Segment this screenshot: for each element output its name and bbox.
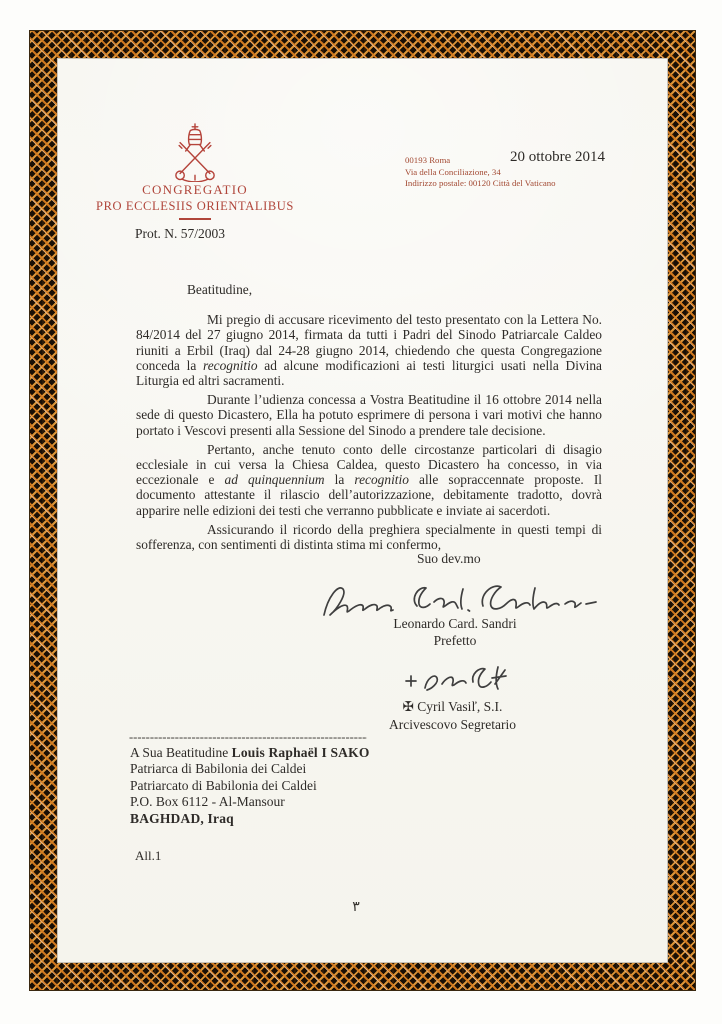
enclosure-note: All.1 [135,848,161,864]
scanned-letter-page: CONGREGATIO PRO ECCLESIIS ORIENTALIBUS 0… [0,0,722,1024]
address-line-2: Via della Conciliazione, 34 [405,167,556,179]
page-number: ٣ [330,899,382,915]
body-paragraph-4: Assicurando il ricordo della preghiera s… [136,522,602,552]
body-paragraph-2: Durante l’udienza concessa a Vostra Beat… [136,392,602,438]
recipient-city: BAGHDAD, Iraq [130,811,234,826]
recipient-line-2: Patriarca di Babilonia dei Caldei [130,761,370,777]
recipient-line-5: BAGHDAD, Iraq [130,811,370,827]
congregation-name-line1: CONGREGATIO [75,182,315,198]
salutation: Beatitudine, [187,282,602,297]
body-paragraph-3: Pertanto, anche tenuto conto delle circo… [136,442,602,518]
protocol-number: Prot. N. 57/2003 [135,226,225,242]
paragraph-3-italic-1: ad quinquennium [225,472,325,487]
paragraph-3-text-mid: la [325,472,355,487]
signature-2-block: ✠ Cyril Vasiľ, S.I. Arcivescovo Segretar… [325,698,580,733]
paragraph-1-italic: recognitio [203,358,258,373]
recipient-salutation-prefix: A Sua Beatitudine [130,745,232,760]
body-paragraph-1: Mi pregio di accusare ricevimento del te… [136,312,602,388]
letterhead-rule [179,218,211,220]
recipient-name-line: A Sua Beatitudine Louis Raphaël I SAKO [130,745,370,761]
vatican-emblem-icon [167,122,223,182]
congregation-name-line2: PRO ECCLESIIS ORIENTALIBUS [75,199,315,214]
signature-1-printed-name: Leonardo Card. Sandri [330,615,580,632]
recipient-name: Louis Raphaël I SAKO [232,745,370,760]
signature-1-block: Leonardo Card. Sandri Prefetto [330,615,580,649]
congregation-name: CONGREGATIO PRO ECCLESIIS ORIENTALIBUS [75,182,315,220]
letter-body: Beatitudine, Mi pregio di accusare ricev… [136,282,602,552]
closing-formula: Suo dev.mo [417,551,481,567]
address-line-3: Indirizzo postale: 00120 Città del Vatic… [405,178,556,190]
vasil-signature-handwriting-icon [398,660,513,700]
signature-2-printed-name: ✠ Cyril Vasiľ, S.I. [325,698,580,716]
letter-date: 20 ottobre 2014 [510,149,605,166]
signature-1-title: Prefetto [330,632,580,649]
recipient-line-4: P.O. Box 6112 - Al-Mansour [130,794,370,810]
recipient-block: A Sua Beatitudine Louis Raphaël I SAKO P… [130,745,370,827]
recipient-line-3: Patriarcato di Babilonia dei Caldei [130,778,370,794]
paragraph-3-italic-2: recognitio [354,472,409,487]
separator-dashes: ----------------------------------------… [129,730,367,745]
